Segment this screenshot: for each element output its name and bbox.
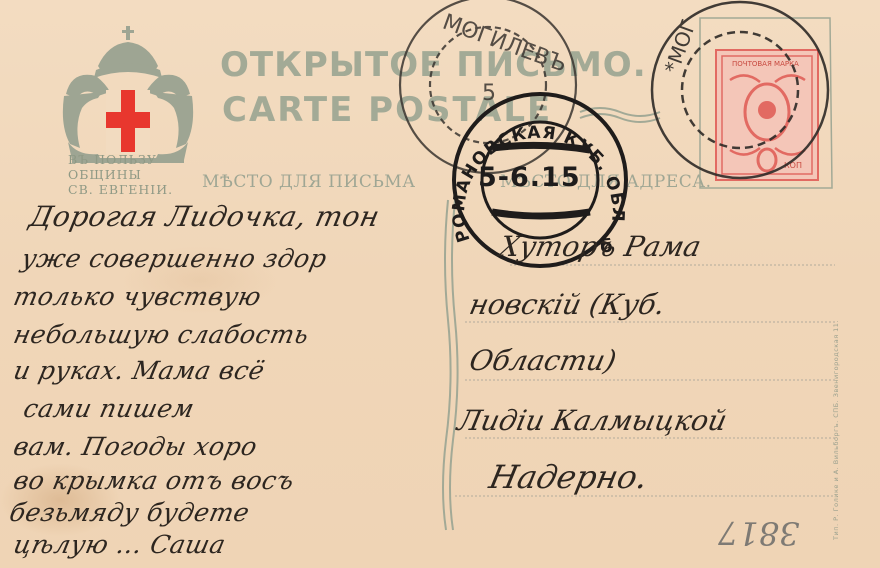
message-line: уже совершенно здор	[19, 244, 330, 273]
message-line: небольшую слабость	[11, 320, 312, 349]
address-line: Надерно.	[486, 458, 651, 496]
address-line: новскій (Куб.	[466, 288, 668, 321]
message-line: и руках. Мама всё	[11, 356, 267, 385]
message-line: Дорогая Лидочка, тон	[26, 200, 382, 233]
printer-imprint: Тип. Р. Голике и А. Вильборгъ. СПБ. Звен…	[832, 320, 840, 540]
stamp-cancel-postmark: *МОГ	[652, 2, 828, 178]
svg-text:МОГИЛЕВЪ: МОГИЛЕВЪ	[439, 10, 570, 78]
address-line: Лидіи Калмыцкой	[454, 404, 729, 437]
message-line: сами пишем	[21, 394, 197, 423]
svg-text:*МОГ: *МОГ	[659, 16, 700, 76]
message-line: вам. Погоды хоро	[11, 432, 260, 461]
message-line: безьмяду будете	[7, 498, 252, 527]
postmark-date: 5-6.15	[478, 162, 581, 193]
message-line: во крымка отъ восъ	[11, 466, 297, 495]
svg-text:5: 5	[482, 81, 496, 106]
archive-number: 3817	[718, 514, 799, 552]
message-line: только чувствую	[11, 282, 264, 311]
address-line: Области)	[466, 344, 619, 377]
message-line: цѣлую ... Саша	[11, 530, 228, 559]
address-line: Хуторъ Рама	[496, 230, 704, 263]
postcard: ВЪ ПОЛЬЗУ ОБЩИНЫ СВ. ЕВГЕНІИ. ОТКРЫТОЕ П…	[0, 0, 880, 568]
